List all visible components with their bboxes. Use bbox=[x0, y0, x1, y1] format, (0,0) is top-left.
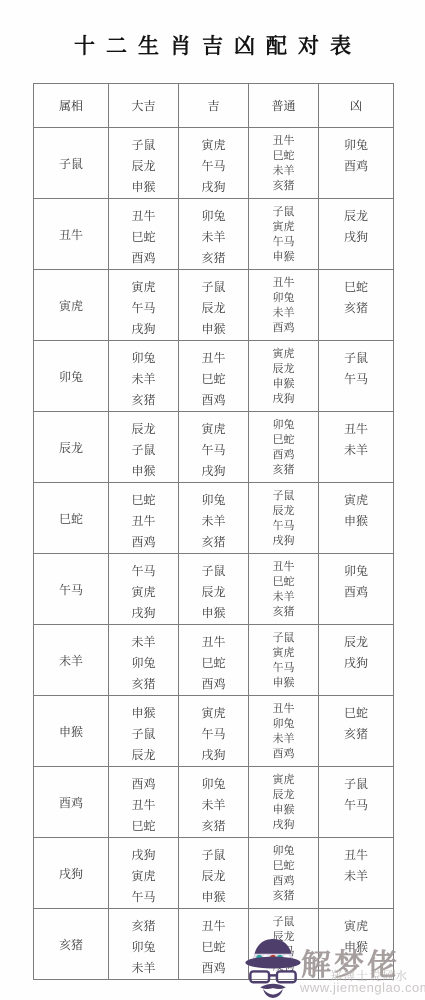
daji-cell: 辰龙 子鼠 申猴 bbox=[109, 412, 179, 483]
putong-cell: 子鼠 寅虎 午马 申猴 bbox=[249, 199, 319, 270]
zodiac-cell: 午马 bbox=[34, 554, 109, 625]
daji-cell: 未羊 卯兔 亥猪 bbox=[109, 625, 179, 696]
xiong-cell: 卯兔 酉鸡 bbox=[319, 128, 394, 199]
ji-cell: 丑牛 巳蛇 酉鸡 bbox=[179, 625, 249, 696]
zodiac-cell: 辰龙 bbox=[34, 412, 109, 483]
zodiac-cell: 未羊 bbox=[34, 625, 109, 696]
xiong-cell: 丑牛 未羊 bbox=[319, 838, 394, 909]
table-row-rooster: 酉鸡 酉鸡 丑牛 巳蛇 卯兔 未羊 亥猪 寅虎 辰龙 申猴 戌狗 子鼠 午马 bbox=[34, 767, 394, 838]
header-ji: 吉 bbox=[179, 84, 249, 128]
table-row-dog: 戌狗 戌狗 寅虎 午马 子鼠 辰龙 申猴 卯兔 巳蛇 酉鸡 亥猪 丑牛 未羊 bbox=[34, 838, 394, 909]
zodiac-cell: 申猴 bbox=[34, 696, 109, 767]
ji-cell: 丑牛 巳蛇 酉鸡 bbox=[179, 341, 249, 412]
zodiac-cell: 子鼠 bbox=[34, 128, 109, 199]
table-row-rat: 子鼠 子鼠 辰龙 申猴 寅虎 午马 戌狗 丑牛 巳蛇 未羊 亥猪 卯兔 酉鸡 bbox=[34, 128, 394, 199]
table-row-dragon: 辰龙 辰龙 子鼠 申猴 寅虎 午马 戌狗 卯兔 巳蛇 酉鸡 亥猪 丑牛 未羊 bbox=[34, 412, 394, 483]
ji-cell: 卯兔 未羊 亥猪 bbox=[179, 483, 249, 554]
xiong-cell: 巳蛇 亥猪 bbox=[319, 696, 394, 767]
ji-cell: 子鼠 辰龙 申猴 bbox=[179, 554, 249, 625]
ji-cell: 寅虎 午马 戌狗 bbox=[179, 128, 249, 199]
daji-cell: 子鼠 辰龙 申猴 bbox=[109, 128, 179, 199]
table-row-ox: 丑牛 丑牛 巳蛇 酉鸡 卯兔 未羊 亥猪 子鼠 寅虎 午马 申猴 辰龙 戌狗 bbox=[34, 199, 394, 270]
zodiac-cell: 亥猪 bbox=[34, 909, 109, 980]
putong-cell: 丑牛 巳蛇 未羊 亥猪 bbox=[249, 554, 319, 625]
putong-cell: 子鼠 寅虎 午马 申猴 bbox=[249, 625, 319, 696]
xiong-cell: 辰龙 戌狗 bbox=[319, 625, 394, 696]
putong-cell: 寅虎 辰龙 申猴 戌狗 bbox=[249, 767, 319, 838]
ji-cell: 子鼠 辰龙 申猴 bbox=[179, 270, 249, 341]
zodiac-cell: 戌狗 bbox=[34, 838, 109, 909]
table-row-snake: 巳蛇 巳蛇 丑牛 酉鸡 卯兔 未羊 亥猪 子鼠 辰龙 午马 戌狗 寅虎 申猴 bbox=[34, 483, 394, 554]
xiong-cell: 寅虎 申猴 bbox=[319, 483, 394, 554]
putong-cell: 卯兔 巳蛇 酉鸡 亥猪 bbox=[249, 412, 319, 483]
fedora-glasses-beard-avatar-icon bbox=[243, 935, 303, 1000]
header-zodiac: 属相 bbox=[34, 84, 109, 128]
xiong-cell: 丑牛 未羊 bbox=[319, 412, 394, 483]
daji-cell: 酉鸡 丑牛 巳蛇 bbox=[109, 767, 179, 838]
daji-cell: 寅虎 午马 戌狗 bbox=[109, 270, 179, 341]
zodiac-cell: 寅虎 bbox=[34, 270, 109, 341]
watermark-url: www.jiemenglao.com bbox=[300, 980, 425, 995]
ji-cell: 卯兔 未羊 亥猪 bbox=[179, 199, 249, 270]
table-row-rabbit: 卯兔 卯兔 未羊 亥猪 丑牛 巳蛇 酉鸡 寅虎 辰龙 申猴 戌狗 子鼠 午马 bbox=[34, 341, 394, 412]
daji-cell: 巳蛇 丑牛 酉鸡 bbox=[109, 483, 179, 554]
header-daji: 大吉 bbox=[109, 84, 179, 128]
daji-cell: 卯兔 未羊 亥猪 bbox=[109, 341, 179, 412]
xiong-cell: 辰龙 戌狗 bbox=[319, 199, 394, 270]
daji-cell: 戌狗 寅虎 午马 bbox=[109, 838, 179, 909]
putong-cell: 丑牛 巳蛇 未羊 亥猪 bbox=[249, 128, 319, 199]
header-putong: 普通 bbox=[249, 84, 319, 128]
xiong-cell: 卯兔 酉鸡 bbox=[319, 554, 394, 625]
header-row: 属相 大吉 吉 普通 凶 bbox=[34, 84, 394, 128]
zodiac-cell: 巳蛇 bbox=[34, 483, 109, 554]
ji-cell: 丑牛 巳蛇 酉鸡 bbox=[179, 909, 249, 980]
zodiac-cell: 酉鸡 bbox=[34, 767, 109, 838]
header-xiong: 凶 bbox=[319, 84, 394, 128]
putong-cell: 寅虎 辰龙 申猴 戌狗 bbox=[249, 341, 319, 412]
putong-cell: 丑牛 卯兔 未羊 酉鸡 bbox=[249, 270, 319, 341]
putong-cell: 子鼠 辰龙 午马 戌狗 bbox=[249, 483, 319, 554]
xiong-cell: 巳蛇 亥猪 bbox=[319, 270, 394, 341]
daji-cell: 丑牛 巳蛇 酉鸡 bbox=[109, 199, 179, 270]
table-row-monkey: 申猴 申猴 子鼠 辰龙 寅虎 午马 戌狗 丑牛 卯兔 未羊 酉鸡 巳蛇 亥猪 bbox=[34, 696, 394, 767]
putong-cell: 卯兔 巳蛇 酉鸡 亥猪 bbox=[249, 838, 319, 909]
page-title: 十二生肖吉凶配对表 bbox=[0, 30, 425, 60]
xiong-cell: 子鼠 午马 bbox=[319, 341, 394, 412]
table-row-horse: 午马 午马 寅虎 戌狗 子鼠 辰龙 申猴 丑牛 巳蛇 未羊 亥猪 卯兔 酉鸡 bbox=[34, 554, 394, 625]
daji-cell: 亥猪 卯兔 未羊 bbox=[109, 909, 179, 980]
daji-cell: 午马 寅虎 戌狗 bbox=[109, 554, 179, 625]
xiong-cell: 子鼠 午马 bbox=[319, 767, 394, 838]
zodiac-cell: 卯兔 bbox=[34, 341, 109, 412]
ji-cell: 子鼠 辰龙 申猴 bbox=[179, 838, 249, 909]
table-row-tiger: 寅虎 寅虎 午马 戌狗 子鼠 辰龙 申猴 丑牛 卯兔 未羊 酉鸡 巳蛇 亥猪 bbox=[34, 270, 394, 341]
ji-cell: 寅虎 午马 戌狗 bbox=[179, 696, 249, 767]
zodiac-compatibility-table: 属相 大吉 吉 普通 凶 子鼠 子鼠 辰龙 申猴 寅虎 午马 戌狗 丑牛 巳蛇 … bbox=[33, 83, 394, 980]
ji-cell: 卯兔 未羊 亥猪 bbox=[179, 767, 249, 838]
ji-cell: 寅虎 午马 戌狗 bbox=[179, 412, 249, 483]
zodiac-cell: 丑牛 bbox=[34, 199, 109, 270]
daji-cell: 申猴 子鼠 辰龙 bbox=[109, 696, 179, 767]
table-row-goat: 未羊 未羊 卯兔 亥猪 丑牛 巳蛇 酉鸡 子鼠 寅虎 午马 申猴 辰龙 戌狗 bbox=[34, 625, 394, 696]
putong-cell: 丑牛 卯兔 未羊 酉鸡 bbox=[249, 696, 319, 767]
